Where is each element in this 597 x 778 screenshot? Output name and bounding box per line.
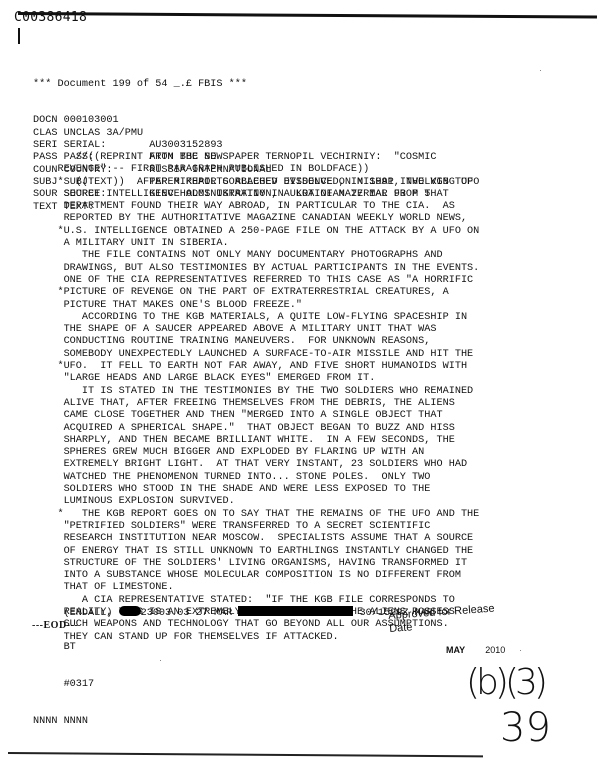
body-text-line: CONDUCTING ROUTINE TRAINING MANEUVERS. F… [33,336,479,348]
scan-speck [520,650,521,651]
body-text-line: SHARPLY, AND THEN BECAME BRILLIANT WHITE… [33,435,479,447]
redaction-block [119,606,141,616]
body-text-line: *U.S. INTELLIGENCE OBTAINED A 250-PAGE F… [33,226,479,238]
body-text-line: IT IS STATED IN THE TESTIMONIES BY THE T… [33,386,479,398]
release-stamp-date: MAY2010 [446,645,505,655]
document-header-line: *** Document 199 of 54 _.£ FBIS *** [33,79,479,91]
body-text-line: * THE KGB REPORT GOES ON TO SAY THAT THE… [33,509,479,521]
field-code: SERI [33,140,57,151]
bottom-border-rule [8,752,483,757]
left-margin-bar [18,28,20,44]
release-year: 2010 [485,645,505,655]
top-border-rule [18,12,597,19]
redaction-block [238,606,353,616]
body-text-line: CAME CLOSE TOGETHER AND THEN "MERGED INT… [33,410,479,422]
body-text-line: REVENGE" -- FIRST PARAGRAPH PUBLISHED IN… [33,164,479,176]
field-value: AU3003152893 [149,140,222,151]
body-text-line: *UFO. IT FELL TO EARTH NOT FAR AWAY, AND… [33,361,479,373]
scan-speck [160,660,161,661]
body-text-line: DEPARTMENT FOUND THEIR WAY ABROAD, IN PA… [33,201,479,213]
document-control-number: C00386418 [14,10,87,25]
body-text-line: SECRET INTELLIGENCE ADMINISTRATION, A LO… [33,189,479,201]
field-value: 000103001 [64,115,119,126]
end-of-document-marker: ---EOD--- [32,620,78,631]
body-text-line: STRUCTURE OF THE SOLDIERS' LIVING ORGANI… [33,558,479,570]
metadata-field: DOCN 000103001 [33,115,479,127]
body-text-line: PICTURE THAT MAKES ONE'S BLOOD FREEZE." [33,300,479,312]
body-text-line: //((REPRINT FROM THE NEWSPAPER TERNOPIL … [33,152,479,164]
release-stamp: Approved for Release Date [388,604,496,635]
body-text-line: ACCORDING TO THE KGB MATERIALS, A QUITE … [33,312,479,324]
body-text-line: DRAWINGS, BUT ALSO TESTIMONIES BY ACTUAL… [33,263,479,275]
body-text-line: "PETRIFIED SOLDIERS" WERE TRANSFERRED TO… [33,521,479,533]
metadata-field: CLAS UNCLAS 3A/PMU [33,128,479,140]
body-text-line: WATCHED THE PHENOMENON TURNED INTO... ST… [33,472,479,484]
body-text-line: A MILITARY UNIT IN SIBERIA. [33,238,479,250]
body-text-line: THE SHAPE OF A SAUCER APPEARED ABOVE A M… [33,324,479,336]
document-trailer: (ENDALL) 23003.03 27 MAR 30/1529Z MAR BT… [33,581,433,741]
handwritten-page-number: 39 [500,705,551,751]
body-text-line: ((TEXT)) AFTER MIKHAIL GORBACHEV DISSOLV… [33,177,479,189]
field-code: CLAS [33,128,57,139]
field-code: DOCN [33,115,57,126]
body-text-line: SOLDIERS WHO STOOD IN THE SHADE AND WERE… [33,484,479,496]
body-text-line: RESEARCH INSTITUTION NEAR MOSCOW. SPECIA… [33,533,479,545]
body-text-line: REPORTED BY THE AUTHORITATIVE MAGAZINE C… [33,213,479,225]
release-month: MAY [446,645,465,655]
document-body-text: //((REPRINT FROM THE NEWSPAPER TERNOPIL … [33,152,479,644]
bt-line: BT [33,642,433,654]
body-text-line: SOMEBODY UNEXPECTEDLY LAUNCHED A SURFACE… [33,349,479,361]
serial-line: #0317 [33,679,433,691]
field-label: SERIAL: [64,140,107,151]
body-text-line: EXTREMELY BRIGHT LIGHT. AT THAT VERY INS… [33,459,479,471]
handwritten-exemption-code: (b)(3) [466,662,544,703]
metadata-field: SERI SERIAL: AU3003152893 [33,140,479,152]
body-text-line: "LARGE HEADS AND LARGE BLACK EYES" EMERG… [33,373,479,385]
field-value: UNCLAS 3A/PMU [64,128,143,139]
body-text-line: ACQUIRED A SPHERICAL SHAPE." THAT OBJECT… [33,423,479,435]
body-text-line: SPHERES GREW MUCH BIGGER AND EXPLODED BY… [33,447,479,459]
body-text-line: ONE OF THE CIA REPRESENTATIVES REFERRED … [33,275,479,287]
body-text-line: ALIVE THAT, AFTER FREEING THEMSELVES FRO… [33,398,479,410]
scan-speck [540,70,541,71]
scan-speck [310,290,311,291]
endall-line: (ENDALL) 23003.03 27 MAR 30/1529Z MAR [33,606,433,618]
body-text-line: OF ENERGY THAT IS STILL UNKNOWN TO EARTH… [33,546,479,558]
body-text-line: THE FILE CONTAINS NOT ONLY MANY DOCUMENT… [33,250,479,262]
nnnn-line: NNNN NNNN [33,716,433,728]
body-text-line: *PICTURE OF REVENGE ON THE PART OF EXTRA… [33,287,479,299]
body-text-line: LUMINOUS EXPLOSION SURVIVED. [33,496,479,508]
